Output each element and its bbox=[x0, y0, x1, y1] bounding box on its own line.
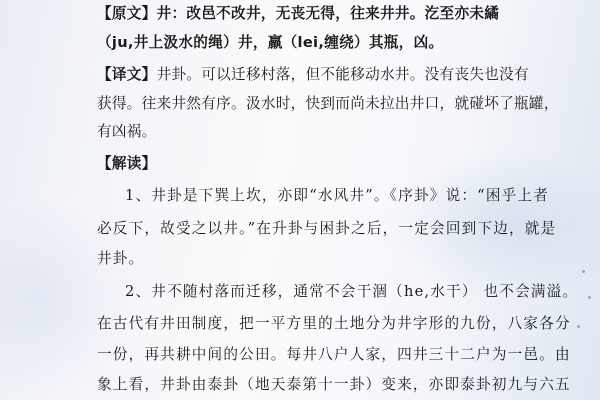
background-speck bbox=[588, 296, 591, 299]
original-label: 【原文】 bbox=[97, 5, 157, 22]
background-speck bbox=[582, 270, 585, 273]
interpretation-p1-line-3: 井卦。 bbox=[97, 247, 144, 268]
interpretation-heading: 【解读】 bbox=[97, 152, 157, 173]
original-text-line-1: 【原文】井：改邑不改井，无丧无得，往来井井。汔至亦未繘 bbox=[97, 2, 499, 23]
background-speck bbox=[577, 325, 580, 328]
interpretation-p1-line-2: 必反下，故受之以井。”在升卦与困卦之后，一定会回到下边，就是 bbox=[97, 217, 556, 238]
interpretation-p2-line-1: 2、井不随村落而迁移，通常不会干涸（he,水干） 也不会满溢。 bbox=[125, 280, 578, 301]
interpretation-p1-line-1: 1、井卦是下巽上坎，亦即“水风井”。《序卦》说：“困乎上者 bbox=[125, 184, 549, 205]
interpretation-p2-line-2: 在古代有井田制度，把一平方里的土地分为井字形的九份，八家各分 bbox=[97, 312, 571, 333]
translation-line-1: 【译文】井卦。可以迁移村落，但不能移动水井。没有丧失也没有 bbox=[97, 63, 529, 84]
translation-label: 【译文】 bbox=[97, 66, 157, 83]
translation-line-2: 获得。往来井然有序。汲水时，快到而尚未拉出井口，就碰坏了瓶罐， bbox=[97, 92, 559, 113]
interpretation-p2-line-3: 一份，再共耕中间的公田。每井八户人家，四井三十二户为一邑。由 bbox=[97, 343, 571, 364]
original-text-line-2: （ju,井上汲水的绳）井，羸（lei,缠绕）其瓶，凶。 bbox=[97, 31, 443, 52]
translation-line-3: 有凶祸。 bbox=[97, 120, 157, 141]
interpretation-p2-line-4: 象上看，井卦由泰卦（地天泰第十一卦）变来，亦即泰卦初九与六五 bbox=[97, 373, 571, 394]
